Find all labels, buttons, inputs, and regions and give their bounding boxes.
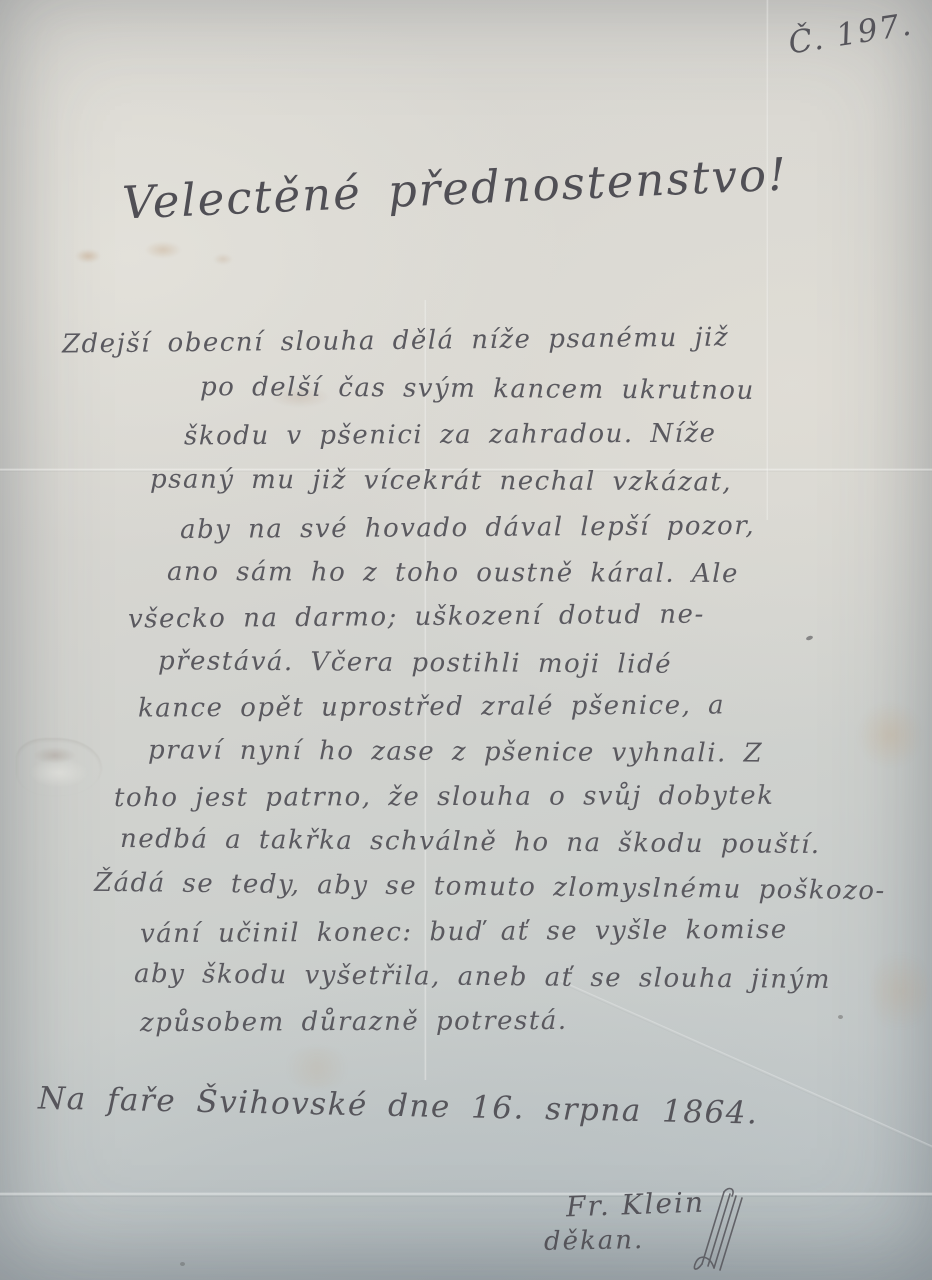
body-line: přestává. Včera postihli moji lidé — [158, 646, 672, 680]
body-line: psaný mu již vícekrát nechal vzkázat, — [150, 464, 732, 497]
signature-paraph-flourish — [688, 1186, 758, 1276]
tan-stain — [282, 1048, 352, 1088]
horizontal-fold-crease — [0, 1192, 932, 1197]
dateline: Na faře Švihovské dne 16. srpna 1864. — [38, 1080, 759, 1131]
vertical-fold-crease — [424, 300, 427, 1080]
body-line: Zdejší obecní slouha dělá níže psanému j… — [62, 323, 729, 360]
salutation-heading: Velectěné přednostenstvo! — [121, 147, 789, 229]
reference-number: Č. 197. — [786, 6, 915, 61]
horizontal-fold-crease — [0, 468, 932, 472]
body-line: aby škodu vyšetřila, aneb ať se slouha j… — [134, 959, 831, 995]
body-line: po delší čas svým kancem ukrutnou — [200, 372, 755, 406]
body-line: aby na své hovado dával lepší pozor, — [180, 511, 755, 545]
vertical-fold-crease — [766, 0, 769, 520]
body-line: škodu v pšenici za zahradou. Níže — [184, 419, 717, 452]
paper-damage-spot — [16, 738, 102, 796]
ink-bleedthrough-stain — [240, 372, 360, 422]
body-line: kance opět uprostřed zralé pšenice, a — [138, 690, 725, 723]
body-line: praví nyní ho zase z pšenice vyhnali. Z — [148, 735, 763, 768]
ink-bleedthrough-stain — [58, 222, 308, 284]
signature-name: Fr. Klein — [565, 1186, 705, 1224]
diagonal-fold-crease — [559, 980, 932, 1154]
tan-stain — [872, 946, 928, 1036]
letter-photo: Č. 197. Velectěné přednostenstvo! Zdejší… — [0, 0, 932, 1280]
ink-speck — [806, 635, 814, 641]
body-line: vání učinil konec: buď ať se vyšle komis… — [140, 915, 788, 950]
ink-speck — [180, 1262, 185, 1266]
body-line: všecko na darmo; uškození dotud ne- — [128, 599, 705, 634]
body-line: ano sám ho z toho oustně káral. Ale — [167, 557, 739, 589]
body-line: Žádá se tedy, aby se tomuto zlomyslnému … — [94, 868, 886, 906]
signature-title: děkan. — [544, 1225, 645, 1257]
ink-speck — [838, 1015, 843, 1019]
body-line: způsobem důrazně potrestá. — [140, 1006, 568, 1038]
body-line: nedbá a takřka schválně ho na škodu pouš… — [120, 824, 821, 860]
body-line: toho jest patrno, že slouha o svůj dobyt… — [114, 781, 774, 813]
tan-stain — [858, 700, 922, 770]
